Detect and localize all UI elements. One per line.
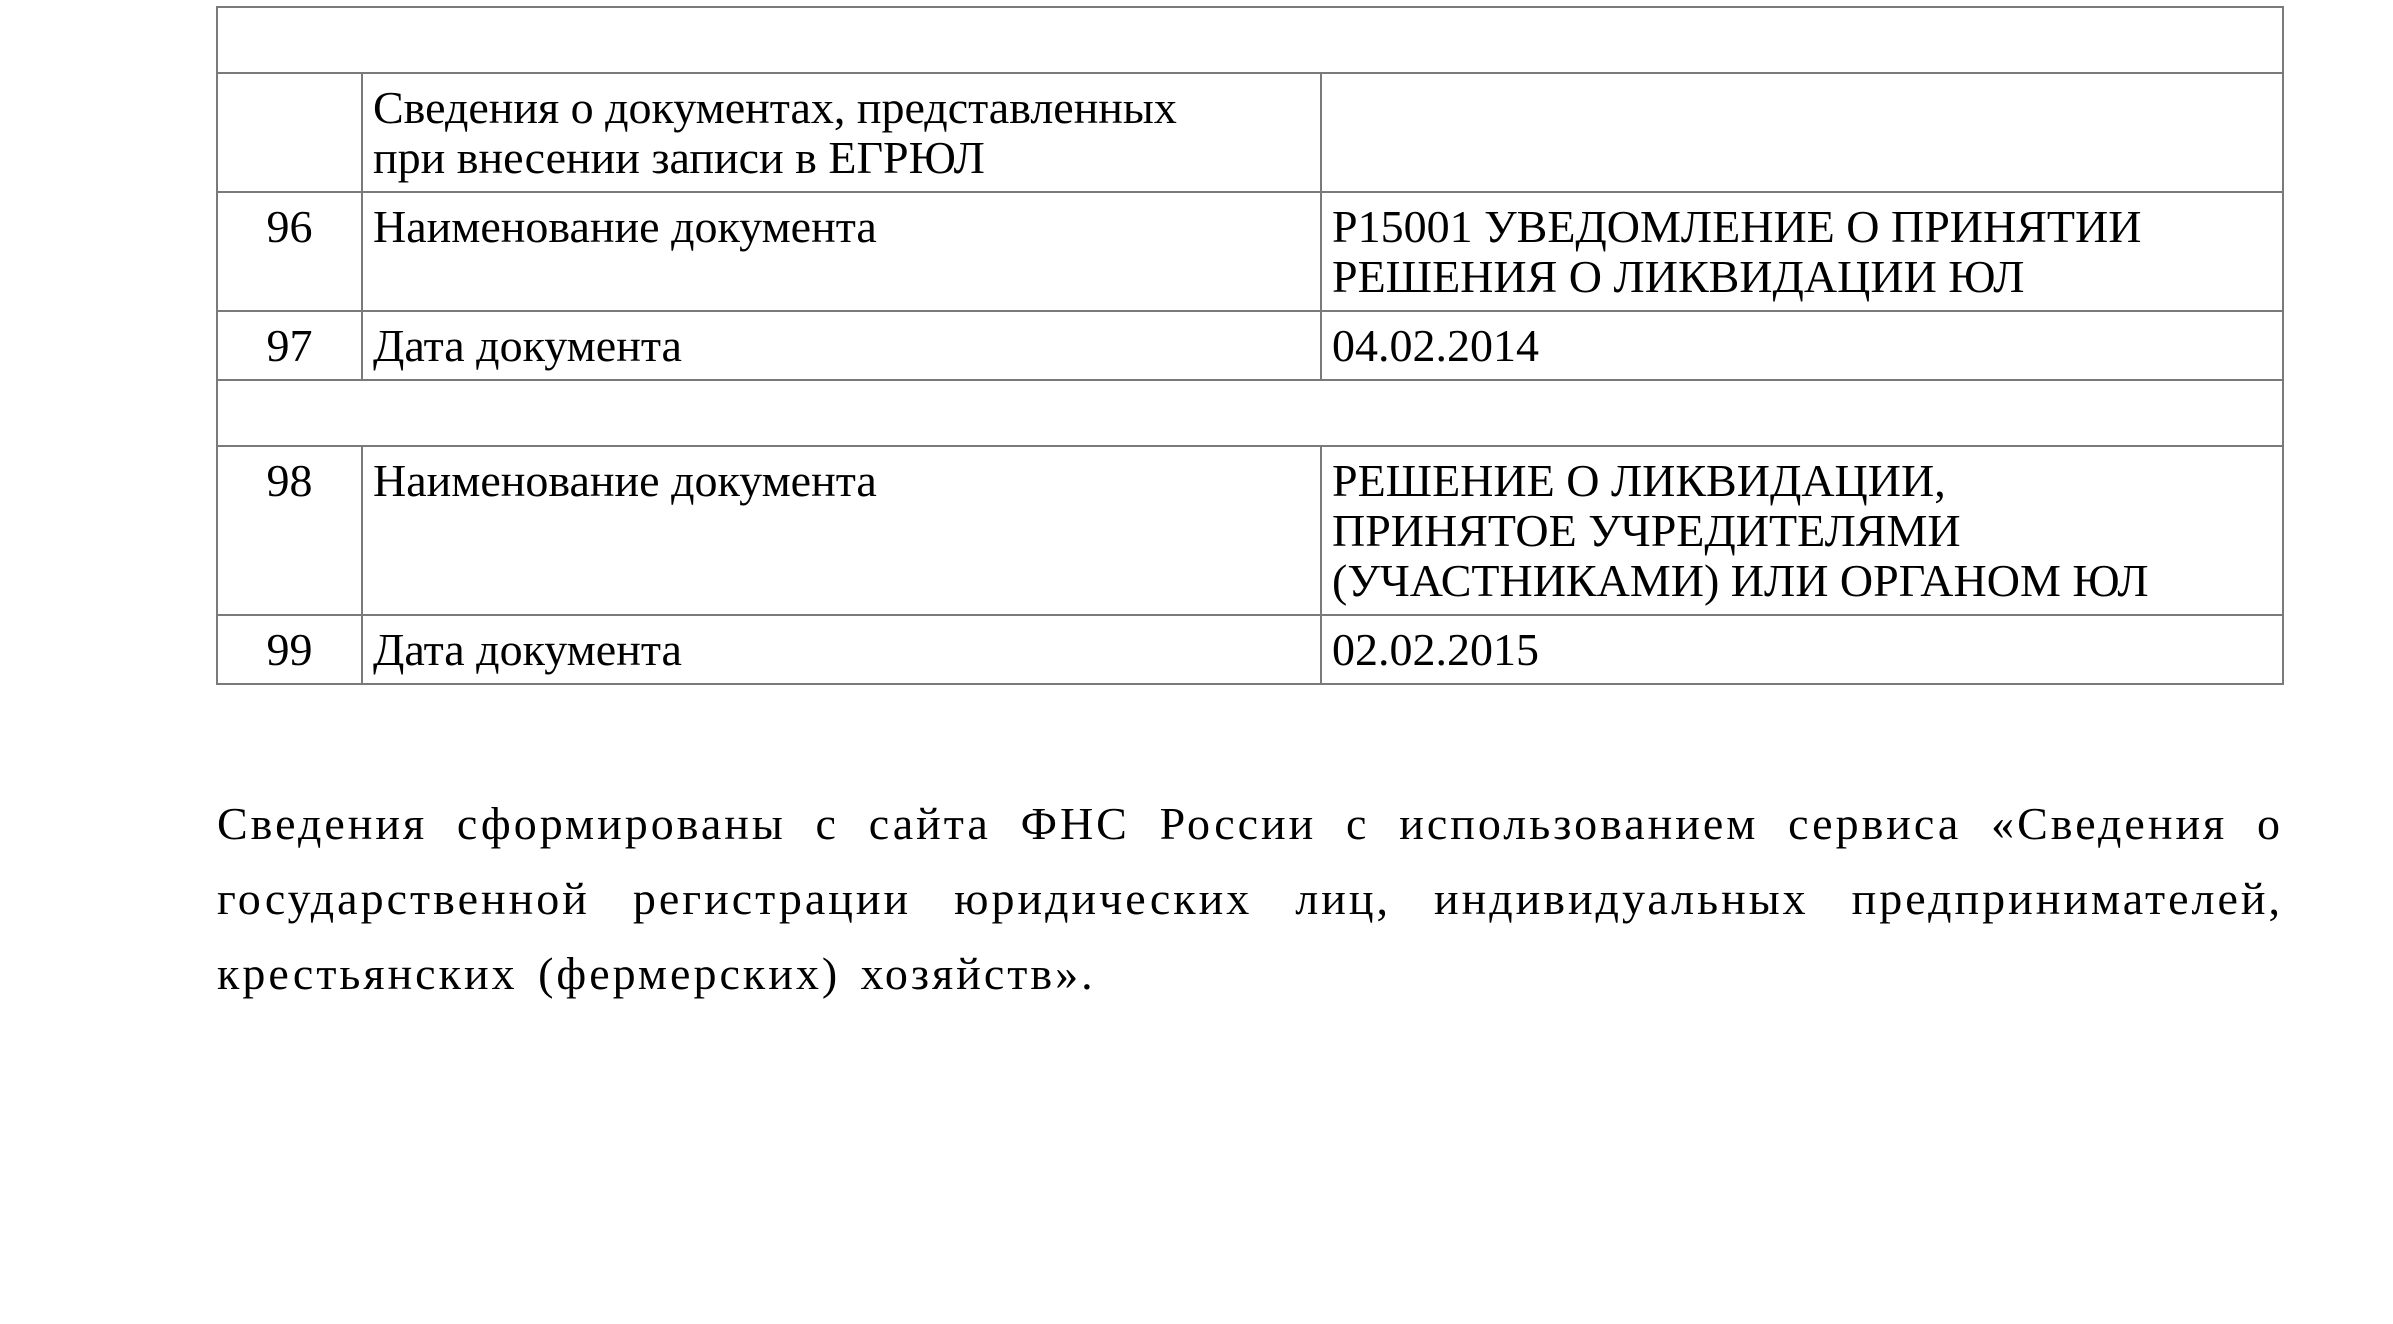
field-label: Наименование документа [362,446,1321,615]
field-label: Наименование документа [362,192,1321,311]
field-label: Дата документа [362,311,1321,380]
egrul-documents-table: Сведения о документах, представленных пр… [216,6,2284,685]
field-value: 02.02.2015 [1321,615,2283,684]
table-row: 98 Наименование документа РЕШЕНИЕ О ЛИКВ… [217,446,2283,615]
spacer-cell [217,380,2283,446]
row-number: 99 [217,615,362,684]
section-header-row: Сведения о документах, представленных пр… [217,73,2283,192]
field-value: Р15001 УВЕДОМЛЕНИЕ О ПРИНЯТИИ РЕШЕНИЯ О … [1321,192,2283,311]
source-note: Сведения сформированы с сайта ФНС России… [217,786,2283,1011]
table-spacer-row [217,380,2283,446]
row-number: 98 [217,446,362,615]
section-title: Сведения о документах, представленных пр… [362,73,1321,192]
field-label: Дата документа [362,615,1321,684]
table-row: 97 Дата документа 04.02.2014 [217,311,2283,380]
table-row: 96 Наименование документа Р15001 УВЕДОМЛ… [217,192,2283,311]
field-value: РЕШЕНИЕ О ЛИКВИДАЦИИ, ПРИНЯТОЕ УЧРЕДИТЕЛ… [1321,446,2283,615]
section-value [1321,73,2283,192]
row-number [217,73,362,192]
spacer-cell [217,7,2283,73]
table-row: 99 Дата документа 02.02.2015 [217,615,2283,684]
row-number: 96 [217,192,362,311]
field-value: 04.02.2014 [1321,311,2283,380]
row-number: 97 [217,311,362,380]
table-spacer-row [217,7,2283,73]
